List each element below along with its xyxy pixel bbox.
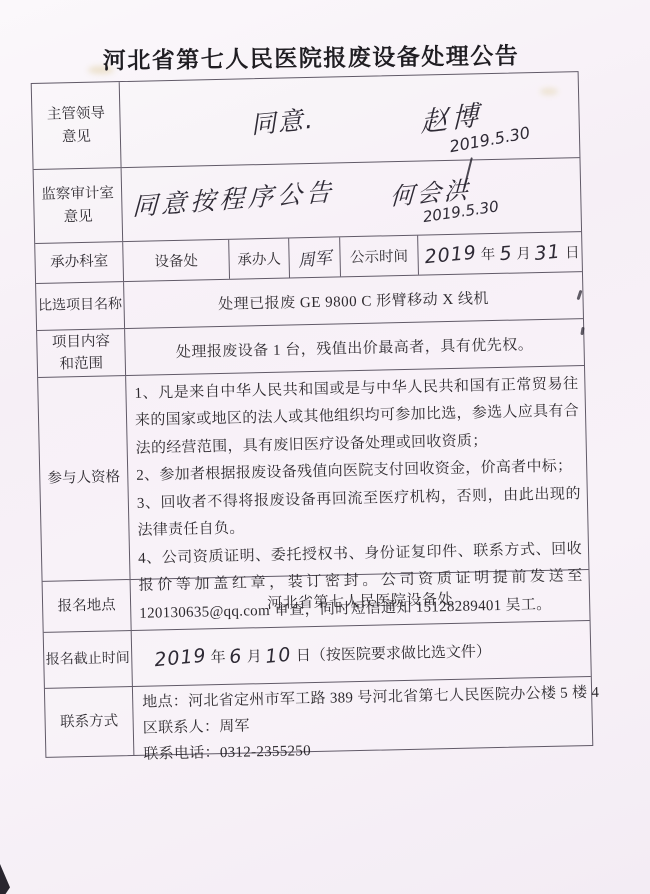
deadline-month-handwriting: 6	[229, 645, 244, 668]
registration-deadline-value: 2019 年 6 月 10 日（按医院要求做比选文件）	[132, 621, 591, 686]
qualification-item-3: 3、回收者不得将报废设备再回流至医疗机构，否则，由此出现的法律责任自负。	[137, 481, 582, 546]
leader-opinion-label: 主管领导 意见	[32, 82, 122, 169]
publicity-time-label-text: 公示时间	[350, 245, 408, 267]
publicity-time-label: 公示时间	[340, 236, 419, 277]
handling-dept-label-text: 承办科室	[50, 251, 108, 275]
project-scope-label-line2: 和范围	[59, 353, 103, 376]
leader-opinion-label-line2: 意见	[62, 125, 91, 148]
handling-dept-value: 设备处	[123, 240, 230, 281]
deadline-day-handwriting: 10	[265, 643, 293, 667]
registration-location-value: 河北省第七人民医院设备处	[131, 570, 590, 630]
audit-opinion-label-line1: 监察审计室	[41, 182, 114, 206]
audit-opinion-label-line2: 意见	[63, 205, 92, 228]
publicity-year-suffix: 年	[481, 243, 496, 264]
leader-opinion-content: 同意. 赵博 2019.5.30	[120, 72, 580, 167]
project-scope-label: 项目内容 和范围	[37, 329, 126, 377]
row-qualifications: 参与人资格 1、凡是来自中华人民共和国或是与中华人民共和国有正常贸易往来的国家或…	[38, 366, 588, 582]
deadline-month-suffix: 月	[246, 645, 261, 666]
handler-name-handwriting: 周军	[296, 243, 333, 272]
contact-info-label-text: 联系方式	[60, 710, 118, 734]
deadline-day-suffix: 日（按医院要求做比选文件）	[296, 640, 491, 665]
row-leader-opinion: 主管领导 意见 同意. 赵博 2019.5.30	[32, 72, 580, 170]
registration-deadline-label: 报名截止时间	[44, 631, 133, 688]
handler-value: 周军	[289, 237, 341, 277]
registration-location-value-text: 河北省第七人民医院设备处	[267, 587, 453, 612]
project-name-label: 比选项目名称	[36, 282, 125, 330]
contact-info-content: 地点：河北省定州市军工路 389 号河北省第七人民医院办公楼 5 楼 4 区联系…	[133, 677, 606, 755]
deadline-year-suffix: 年	[210, 646, 225, 667]
deadline-year-handwriting: 2019	[153, 644, 207, 671]
row-contact-info: 联系方式 地点：河北省定州市军工路 389 号河北省第七人民医院办公楼 5 楼 …	[45, 677, 592, 757]
publicity-year-handwriting: 2019	[424, 241, 478, 268]
qualifications-label-text: 参与人资格	[47, 466, 120, 490]
project-scope-label-line1: 项目内容	[52, 330, 110, 354]
publicity-month-suffix: 月	[516, 242, 531, 263]
leader-approval-handwriting: 同意.	[249, 100, 316, 142]
publicity-day-handwriting: 31	[534, 240, 562, 264]
project-scope-value-text: 处理报废设备 1 台，残值出价最高者，具有优先权。	[176, 333, 534, 362]
registration-location-label: 报名地点	[43, 580, 132, 632]
project-name-value-text: 处理已报废 GE 9800 C 形臂移动 X 线机	[218, 287, 489, 314]
handler-label-text: 承办人	[237, 248, 281, 270]
publicity-month-handwriting: 5	[498, 242, 513, 265]
qualifications-label: 参与人资格	[38, 376, 130, 581]
audit-opinion-content: 同意按程序公告 何会洪 2019.5.30	[122, 158, 581, 241]
qualifications-content: 1、凡是来自中华人民共和国或是与中华人民共和国有正常贸易往来的国家或地区的法人或…	[126, 366, 588, 579]
leader-opinion-label-line1: 主管领导	[47, 102, 105, 126]
page-title: 河北省第七人民医院报废设备处理公告	[0, 36, 622, 77]
qualification-item-1: 1、凡是来自中华人民共和国或是与中华人民共和国有正常贸易往来的国家或地区的法人或…	[134, 371, 580, 463]
publicity-day-suffix: 日	[565, 241, 580, 262]
audit-approval-handwriting: 同意按程序公告	[132, 172, 336, 223]
project-name-label-text: 比选项目名称	[38, 294, 122, 318]
handling-dept-value-text: 设备处	[154, 249, 198, 271]
contact-info-label: 联系方式	[45, 687, 134, 757]
announcement-table: 主管领导 意见 同意. 赵博 2019.5.30 监察审计室 意见 同意按程序公…	[31, 71, 594, 758]
handler-label: 承办人	[229, 238, 290, 278]
publicity-time-value: 2019 年 5 月 31 日	[418, 232, 582, 275]
audit-opinion-label: 监察审计室 意见	[34, 168, 124, 243]
registration-location-label-text: 报名地点	[57, 594, 115, 618]
handling-dept-label: 承办科室	[35, 242, 124, 283]
row-audit-opinion: 监察审计室 意见 同意按程序公告 何会洪 2019.5.30	[34, 158, 581, 244]
scan-corner-mark	[0, 864, 10, 894]
registration-deadline-label-text: 报名截止时间	[46, 648, 130, 672]
scanned-document-page: 河北省第七人民医院报废设备处理公告 主管领导 意见 同意. 赵博 2019.5.…	[0, 0, 650, 894]
